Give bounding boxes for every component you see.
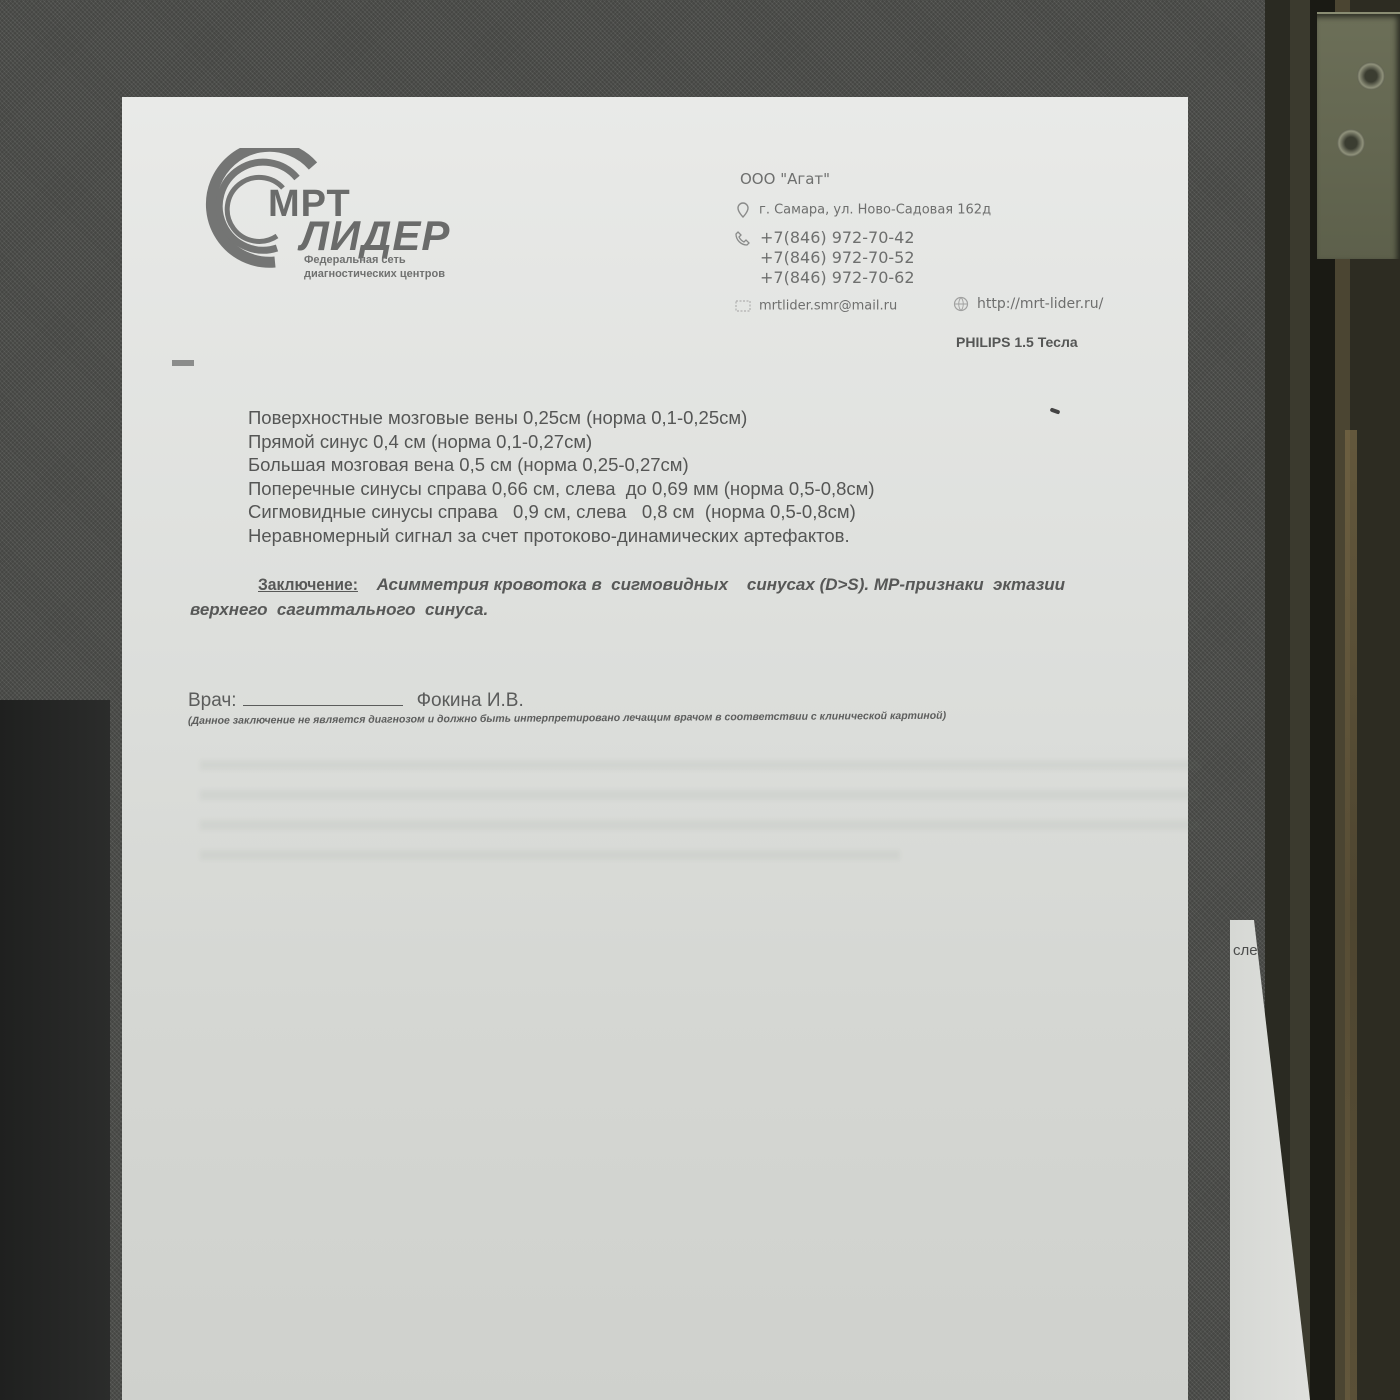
doctor-name: Фокина И.В. [417,690,524,711]
document-page [122,97,1188,1400]
globe-icon [953,296,969,312]
mail-icon [735,298,751,314]
show-through-text [200,850,900,860]
finding-line: Прямой синус 0,4 см (норма 0,1-0,27см) [248,430,875,454]
email: mrtlider.smr@mail.ru [735,298,897,314]
logo-subtitle: Федеральная сеть диагностических центров [304,253,445,281]
scanner-model: PHILIPS 1.5 Тесла [956,334,1078,350]
finding-line: Поперечные синусы справа 0,66 см, слева … [248,477,875,501]
show-through-text [200,760,1200,770]
wood-grain [1345,430,1357,1400]
metal-hinge [1317,12,1400,259]
map-pin-icon [735,202,751,218]
phone-list: +7(846) 972-70-42 +7(846) 972-70-52 +7(8… [735,228,915,288]
finding-line: Большая мозговая вена 0,5 см (норма 0,25… [248,453,875,477]
finding-line: Сигмовидные синусы справа 0,9 см, слева … [248,500,875,524]
findings-list: Поверхностные мозговые вены 0,25см (норм… [248,406,875,547]
fabric-shadow [0,700,110,1400]
doctor-signature: Врач:Фокина И.В. [188,690,524,712]
signature-line [243,691,403,706]
print-mark [172,360,194,366]
doctor-label: Врач: [188,690,237,711]
phone-icon [735,230,751,246]
conclusion: Заключение:Асимметрия кровотока в сигмов… [190,572,1090,622]
screw-icon [1357,62,1385,90]
phone-number: +7(846) 972-70-62 [735,268,915,288]
finding-line: Поверхностные мозговые вены 0,25см (норм… [248,406,875,430]
show-through-text [200,820,1200,830]
address: г. Самара, ул. Ново-Садовая 162д [735,202,991,218]
show-through-text [200,790,1200,800]
phone-number: +7(846) 972-70-42 [735,228,915,248]
screw-icon [1337,129,1365,157]
underlying-page-text: сле [1233,942,1258,959]
website: http://mrt-lider.ru/ [953,296,1103,312]
finding-line: Неравномерный сигнал за счет протоково-д… [248,524,875,548]
phone-number: +7(846) 972-70-52 [735,248,915,268]
conclusion-label: Заключение: [258,572,358,597]
company-name: ООО "Агат" [740,170,830,188]
